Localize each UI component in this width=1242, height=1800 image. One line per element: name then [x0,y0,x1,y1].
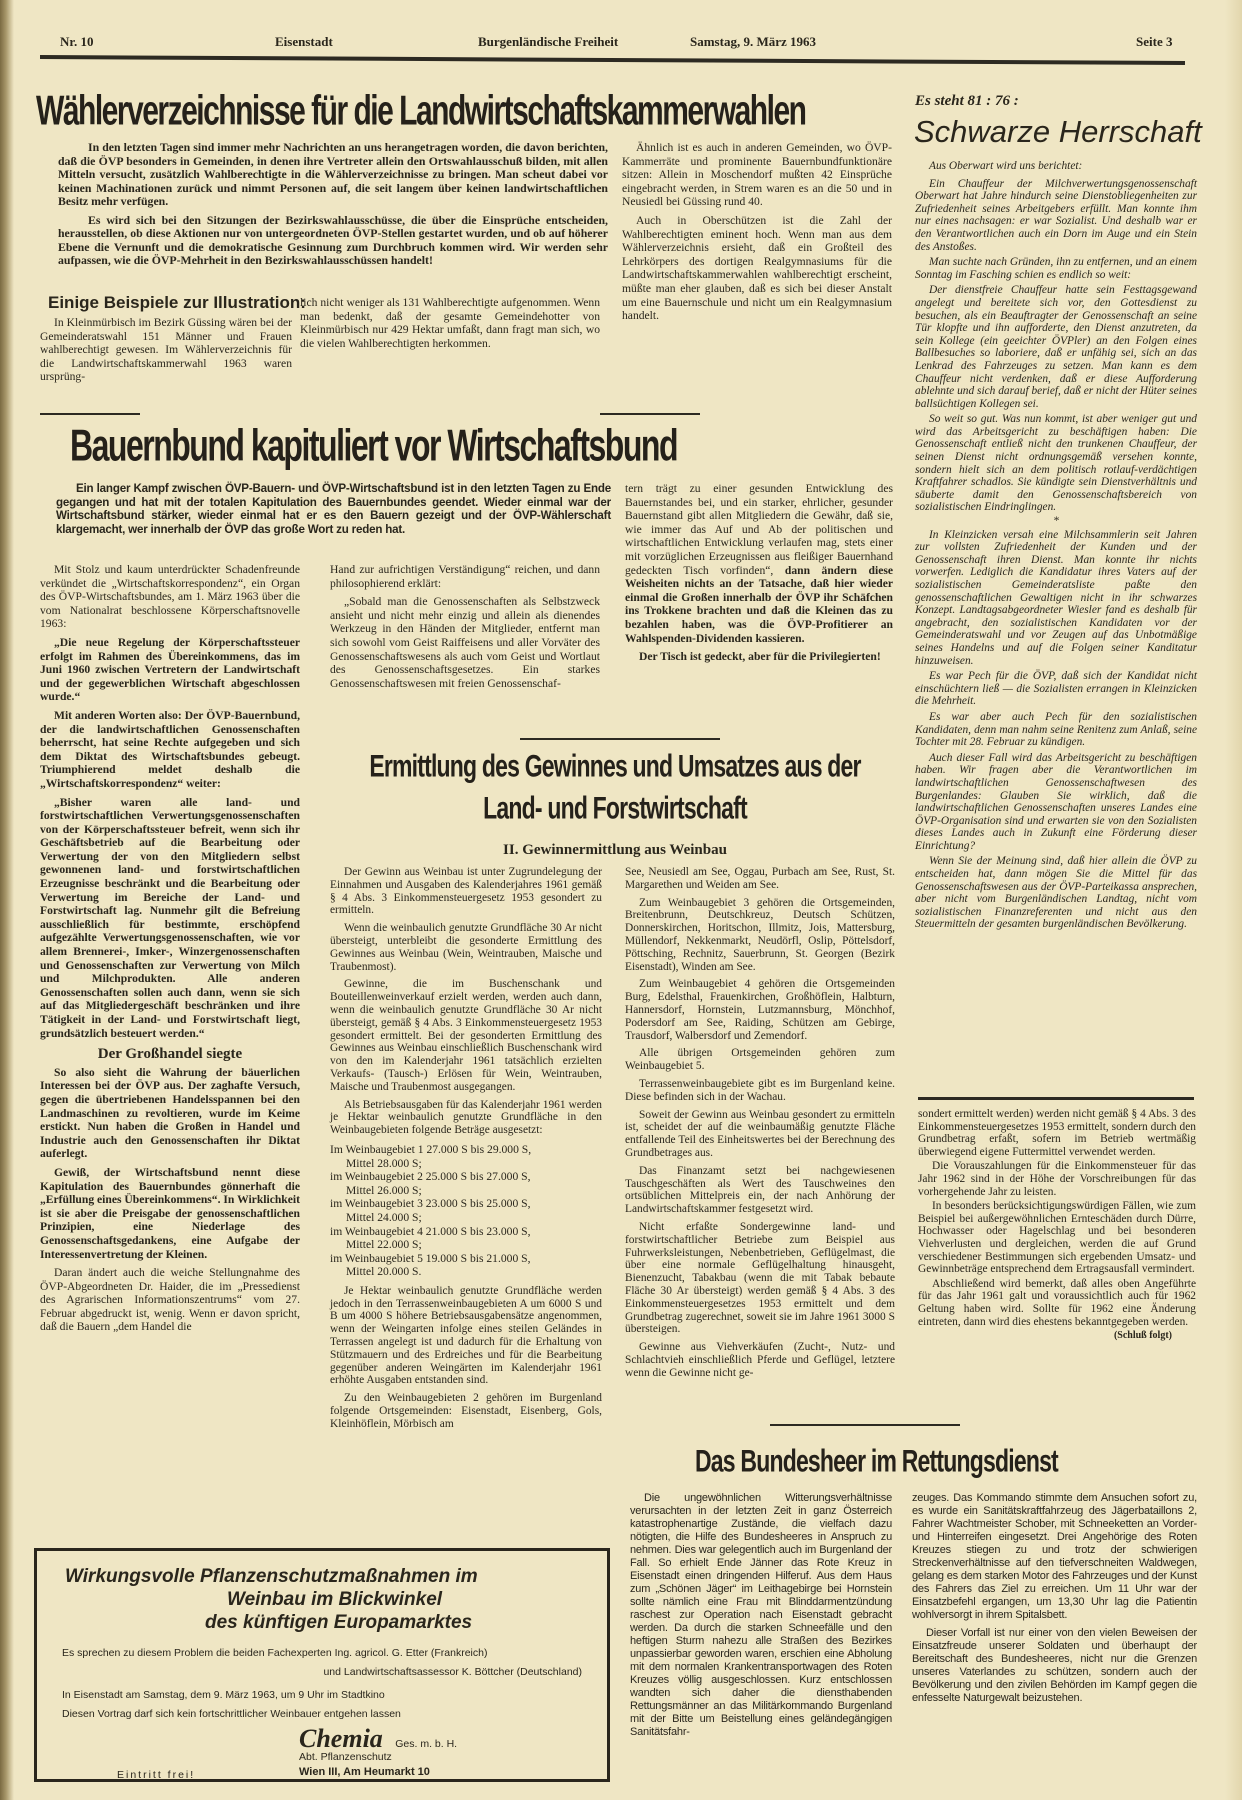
article2-p: tern trägt zu einer gesunden Entwicklung… [625,482,893,645]
sidebar-p: Es war Pech für die ÖVP, daß sich der Ka… [915,670,1197,708]
divider [600,413,700,415]
rate-row: im Weinbaugebiet 2 25.000 S bis 27.000 S… [330,1170,602,1184]
ad-tagline: Diesen Vortrag darf sich kein fortschrit… [62,1706,401,1723]
article2-lead-text: Ein langer Kampf zwischen ÖVP-Bauern- un… [56,482,611,536]
paper-name: Burgenländische Freiheit [478,34,618,50]
article2-quote: „Sobald man die Genossenschaften als Sel… [330,595,600,690]
divider [520,738,720,740]
article2-headline: Bauernbund kapituliert vor Wirtschaftsbu… [70,420,677,472]
asterisk-separator: * [915,515,1197,528]
article4-col1: Die ungewöhnlichen Witterungsverhältniss… [630,1492,892,1744]
article3-p: Gewinne, die im Buschenschank und Boutei… [330,978,602,1093]
article2-quote-end: tern trägt zu einer gesunden Entwicklung… [625,482,893,577]
article2-lead: Ein langer Kampf zwischen ÖVP-Bauern- un… [56,482,611,541]
article1-lead-p2: Es wird sich bei den Sitzungen der Bezir… [58,214,608,268]
article2-subhead: Der Großhandel siegte [40,1048,300,1062]
article2-closing: Der Tisch ist gedeckt, aber für die Priv… [625,650,893,664]
article3-p: Die Vorauszahlungen für die Einkommenste… [918,1160,1196,1198]
article4-p: zeuges. Das Kommando stimmte dem Ansuche… [912,1492,1197,1622]
rate-mid: Mittel 28.000 S; [330,1157,602,1171]
ad-headline-3: des künftigen Europamarktes [205,1611,472,1634]
article2-col3: tern trägt zu einer gesunden Entwicklung… [625,482,893,669]
rate-mid: Mittel 26.000 S; [330,1184,602,1198]
article2-p: So also sieht die Wahrung der bäuerliche… [40,1066,300,1161]
ad-speakers-line-2: und Landwirtschaftsassessor K. Böttcher … [323,1664,582,1681]
sidebar-kicker: Es steht 81 : 76 : [915,93,1019,110]
article1-headline: Wählerverzeichnisse für die Landwirtscha… [36,88,805,136]
article4-p: Dieser Vorfall ist nur einer von den vie… [912,1627,1197,1705]
sidebar-p: Es war aber auch Pech für den sozialisti… [915,711,1197,749]
article3-p: Terrassenweinbaugebiete gibt es im Burge… [625,1078,895,1104]
rate-mid: Mittel 22.000 S; [330,1238,602,1252]
rate-mid: Mittel 20.000 S. [330,1265,602,1279]
article3-p: Das Finanzamt setzt bei nachgewiesenen T… [625,1165,895,1216]
article2-p: Gewiß, der Wirtschaftsbund nennt diese K… [40,1166,300,1261]
sidebar-p: Man suchte nach Gründen, ihn zu entferne… [915,256,1197,281]
article1-col3-p1: Ähnlich ist es auch in anderen Gemeinden… [622,141,892,209]
sidebar-p: Wenn Sie der Meinung sind, daß hier alle… [915,855,1197,931]
company-suffix: Ges. m. b. H. [395,1738,457,1750]
article1-subhead: Einige Beispiele zur Illustration: [48,293,306,313]
article3-p: Zum Weinbaugebiet 3 gehören die Ortsgeme… [625,897,895,974]
article4-col2: zeuges. Das Kommando stimmte dem Ansuche… [912,1492,1197,1710]
article2-p: Hand zur aufrichtigen Verständigung“ rei… [330,563,600,590]
article3-p: sondert ermittelt werden) werden nicht g… [918,1108,1196,1158]
article3-p: Abschließend wird bemerkt, daß alles obe… [918,1278,1196,1328]
advertisement-box: Wirkungsvolle Pflanzenschutzmaßnahmen im… [34,1548,610,1782]
page-number: Seite 3 [1136,34,1172,50]
ad-headline-1: Wirkungsvolle Pflanzenschutzmaßnahmen im [65,1565,478,1588]
article3-subhead: II. Gewinnermittlung aus Weinbau [320,842,910,859]
article3-headline-line2: Land- und Forstwirtschaft [320,790,910,826]
article1-col1: In Kleinmürbisch im Bezirk Güssing wären… [40,316,292,389]
sidebar-end-rule [918,1097,1194,1100]
article1-col1-text: In Kleinmürbisch im Bezirk Güssing wären… [40,316,292,384]
article2-quote: „Bisher waren alle land- und forstwirtsc… [40,796,300,1041]
ad-speakers-line: Es sprechen zu diesem Problem die beiden… [62,1645,487,1662]
article1-lead-p1: In den letzten Tagen sind immer mehr Nac… [58,141,608,209]
sidebar-p: Auch dieser Fall wird das Arbeitsgericht… [915,752,1197,853]
article3-col1: Der Gewinn aus Weinbau ist unter Zugrund… [330,866,602,1436]
article3-col2: See, Neusiedl am See, Oggau, Purbach am … [625,866,895,1384]
sidebar-p: In Kleinzicken versah eine Milchsammleri… [915,529,1197,668]
sidebar-p: Aus Oberwart wird uns berichtet: [915,160,1197,173]
ad-admission: Eintritt frei! [117,1767,195,1784]
expense-rate-table: Im Weinbaugebiet 1 27.000 S bis 29.000 S… [330,1143,602,1279]
ad-address: Wien III, Am Heumarkt 10 [299,1764,430,1781]
sidebar-body: Aus Oberwart wird uns berichtet: Ein Cha… [915,160,1197,936]
sidebar-headline: Schwarze Herrschaft [914,114,1202,150]
article1-col2-text: lich nicht weniger als 131 Wahlberechtig… [300,296,600,350]
article3-p: Soweit der Gewinn aus Weinbau gesondert … [625,1109,895,1160]
article3-p: Zu den Weinbaugebieten 2 gehören im Burg… [330,1392,602,1430]
article2-p: Mit anderen Worten also: Der ÖVP-Bauernb… [40,709,300,791]
rate-row: im Weinbaugebiet 4 21.000 S bis 23.000 S… [330,1225,602,1239]
ad-event-details: In Eisenstadt am Samstag, dem 9. März 19… [62,1687,385,1704]
article1-col3: Ähnlich ist es auch in anderen Gemeinden… [622,141,892,328]
rate-row: Im Weinbaugebiet 1 27.000 S bis 29.000 S… [330,1143,602,1157]
issue-number: Nr. 10 [60,34,93,50]
article2-p: Daran ändert auch die weiche Stellungnah… [40,1266,300,1334]
article3-p: Wenn die weinbaulich genutzte Grundfläch… [330,922,602,973]
article1-col3-p2: Auch in Oberschützen ist die Zahl der Wa… [622,214,892,323]
article3-p: Alle übrigen Ortsgemeinden gehören zum W… [625,1047,895,1073]
rate-mid: Mittel 24.000 S; [330,1211,602,1225]
article3-p: Als Betriebsausgaben für das Kalenderjah… [330,1099,602,1137]
article2-quote: „Die neue Regelung der Körperschaftssteu… [40,636,300,704]
issue-date: Samstag, 9. März 1963 [690,34,816,50]
divider [40,413,140,415]
sidebar-p: Der dienstfreie Chauffeur hatte sein Fes… [915,284,1197,410]
place-name: Eisenstadt [275,34,333,50]
continued-note: (Schluß folgt) [918,1330,1196,1343]
article3-p: In besonders berücksichtigungswürdigen F… [918,1200,1196,1276]
article1-col2: lich nicht weniger als 131 Wahlberechtig… [300,296,600,355]
article3-p: Je Hektar weinbaulich genutzte Grundfläc… [330,1285,602,1387]
article3-headline-line1: Ermittlung des Gewinnes und Umsatzes aus… [320,748,910,784]
article4-headline: Das Bundesheer im Rettungsdienst [695,1443,1058,1479]
rate-row: im Weinbaugebiet 3 23.000 S bis 25.000 S… [330,1197,602,1211]
article2-col2: Hand zur aufrichtigen Verständigung“ rei… [330,563,600,695]
ad-headline-2: Weinbau im Blickwinkel [227,1588,442,1611]
article4-p: Die ungewöhnlichen Witterungsverhältniss… [630,1492,892,1739]
article3-p: See, Neusiedl am See, Oggau, Purbach am … [625,866,895,892]
article3-p: Nicht erfaßte Sondergewinne land- und fo… [625,1221,895,1336]
article3-col3: sondert ermittelt werden) werden nicht g… [918,1108,1196,1343]
sidebar-p: So weit so gut. Was nun kommt, ist aber … [915,413,1197,514]
article3-p: Gewinne aus Viehverkäufen (Zucht-, Nutz-… [625,1341,895,1379]
sidebar-p: Ein Chauffeur der Milchverwertungsgenoss… [915,178,1197,254]
rate-row: im Weinbaugebiet 5 19.000 S bis 21.000 S… [330,1252,602,1266]
article1-lead: In den letzten Tagen sind immer mehr Nac… [58,141,608,273]
masthead-rule [40,55,1185,65]
article2-p: Mit Stolz und kaum unterdrückter Schaden… [40,563,300,631]
article3-p: Der Gewinn aus Weinbau ist unter Zugrund… [330,866,602,917]
article3-p: Zum Weinbaugebiet 4 gehören die Ortsgeme… [625,978,895,1042]
divider [770,1424,960,1426]
article2-col1: Mit Stolz und kaum unterdrückter Schaden… [40,563,300,1339]
newspaper-page: Nr. 10 Eisenstadt Burgenländische Freihe… [0,0,1242,1800]
